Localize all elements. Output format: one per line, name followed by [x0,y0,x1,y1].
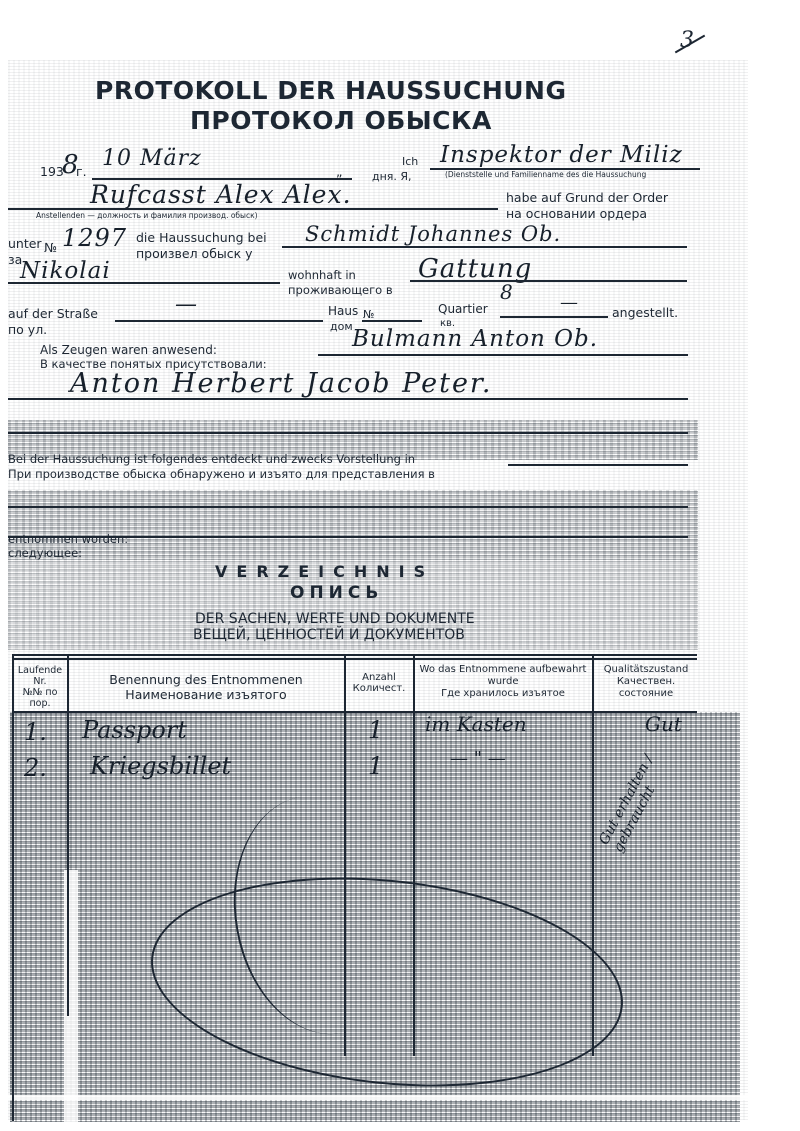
year-suffix: г. [76,164,87,179]
column-header-item-de: Benennung des Entnommenen [68,672,344,687]
row-nr: 1. [24,718,47,746]
photocopy-noise [8,490,698,560]
witness-1-line [318,354,688,356]
suspect-line [282,246,687,248]
witness-1-handwritten: Bulmann Anton Ob. [352,326,598,352]
row-item: Passport [82,716,187,744]
order-number-handwritten: 1297 [62,224,127,252]
unter-label-de: unter [8,236,42,251]
date-handwritten: 10 März [102,146,202,171]
column-header-item-ru: Наименование изъятого [68,687,344,702]
witnesses-label-de: Als Zeugen waren anwesend: [40,343,217,357]
column-header-count-ru: Количест. [345,683,413,694]
quartier-label-de: Quartier [438,302,488,316]
column-header-count-de: Anzahl [345,672,413,683]
column-divider [344,656,346,1056]
row-location: — " — [450,748,506,769]
cancellation-scribble [141,856,634,1108]
column-header-location-de: Wo das Entnommene aufbewahrt wurde [416,664,590,688]
copy-artifact [8,1095,748,1100]
search-protocol-document: 3 PROTOKOLL DER HAUSSUCHUNG ПРОТОКОЛ ОБЫ… [0,0,800,1131]
blank-line [8,432,688,434]
quartier-line [500,316,608,318]
witness-2-line [8,398,688,400]
suspect-second-handwritten: Nikolai [20,258,111,284]
inventory-title-de: VERZEICHNIS [215,562,434,581]
found-statement-ru: При производстве обыска обнаружено и изъ… [8,467,435,481]
official-name-line [8,208,498,210]
year-prefix: 193 [40,164,64,179]
street-line [115,320,323,322]
inventory-title-ru: ОПИСЬ [290,583,383,603]
quartier-value: — [560,292,579,313]
column-header-nr-de: Laufende Nr. [13,665,67,687]
search-at-de: die Haussuchung bei [136,230,267,245]
condition-margin-note: Gut erhalten / gebraucht [596,716,690,855]
taken-label-ru: следующее: [8,546,82,560]
table-header-bottom-border [12,711,697,713]
column-header-item: Benennung des Entnommenen Наименование и… [68,672,344,702]
street-label-ru: по ул. [8,322,47,337]
column-header-count: Anzahl Количест. [345,672,413,694]
number-sign: № [44,240,57,255]
dnya-label: дня. Я, [372,170,412,183]
inventory-subtitle-ru: ВЕЩЕЙ, ЦЕННОСТЕЙ И ДОКУМЕНТОВ [193,627,465,643]
title-russian: ПРОТОКОЛ ОБЫСКА [190,106,492,135]
street-label-de: auf der Straße [8,306,98,321]
table-left-border [12,656,14,1121]
residence-line [410,280,687,282]
quote-mark: „ [336,164,342,179]
ich-label: Ich [402,155,418,168]
row-location: im Kasten [425,712,527,736]
suspect-name-handwritten: Schmidt Johannes Ob. [305,222,561,246]
column-header-condition-ru: Качествен. состояние [594,676,698,700]
column-divider [67,656,69,1016]
column-header-condition: Qualitätszustand Качествен. состояние [594,664,698,700]
row-nr: 2. [24,754,47,782]
order-label-ru: на основании ордера [506,206,647,221]
residence-label-de: wohnhaft in [288,268,356,282]
official-name-handwritten: Rufcasst Alex Alex. [90,180,352,209]
street-value: — [175,292,198,317]
official-title-handwritten: Inspektor der Miliz [440,142,683,168]
witness-2-handwritten: Anton Herbert Jacob Peter. [70,368,492,399]
found-line [508,464,688,466]
column-divider [592,656,594,1056]
column-header-condition-de: Qualitätszustand [594,664,698,676]
haus-label-de: Haus [328,304,358,318]
angestellt-label: angestellt. [612,305,678,320]
row-count: 1 [368,752,383,780]
residence-label-ru: проживающего в [288,283,393,297]
official-hint: (Dienststelle und Familienname des die H… [445,170,646,179]
residence-mark-handwritten: 8 [500,280,514,304]
column-header-location-ru: Где хранилось изъятое [416,688,590,700]
search-at-ru: произвел обыск у [136,246,253,261]
inventory-subtitle-de: DER SACHEN, WERTE UND DOKUMENTE [195,611,475,627]
column-divider [413,656,415,1056]
official-caption: Anstellenden — должность и фамилия произ… [36,211,258,220]
column-header-nr: Laufende Nr. №№ по пор. [13,665,67,709]
table-top-border-inner [12,658,697,660]
taken-label-de: entnommen worden: [8,532,128,546]
row-count: 1 [368,716,383,744]
order-label-de: habe auf Grund der Order [506,190,668,205]
column-header-location: Wo das Entnommene aufbewahrt wurde Где х… [416,664,590,700]
title-german: PROTOKOLL DER HAUSSUCHUNG [95,76,566,105]
table-top-border [12,654,697,656]
column-header-nr-ru: №№ по пор. [13,687,67,709]
haus-label-ru: дом [330,320,353,333]
row-item: Kriegsbillet [90,752,231,780]
found-statement-de: Bei der Haussuchung ist folgendes entdec… [8,452,415,466]
cancellation-stroke [215,782,426,1048]
blank-line [8,506,688,508]
suspect-second-line [8,282,280,284]
haus-line [362,320,422,322]
